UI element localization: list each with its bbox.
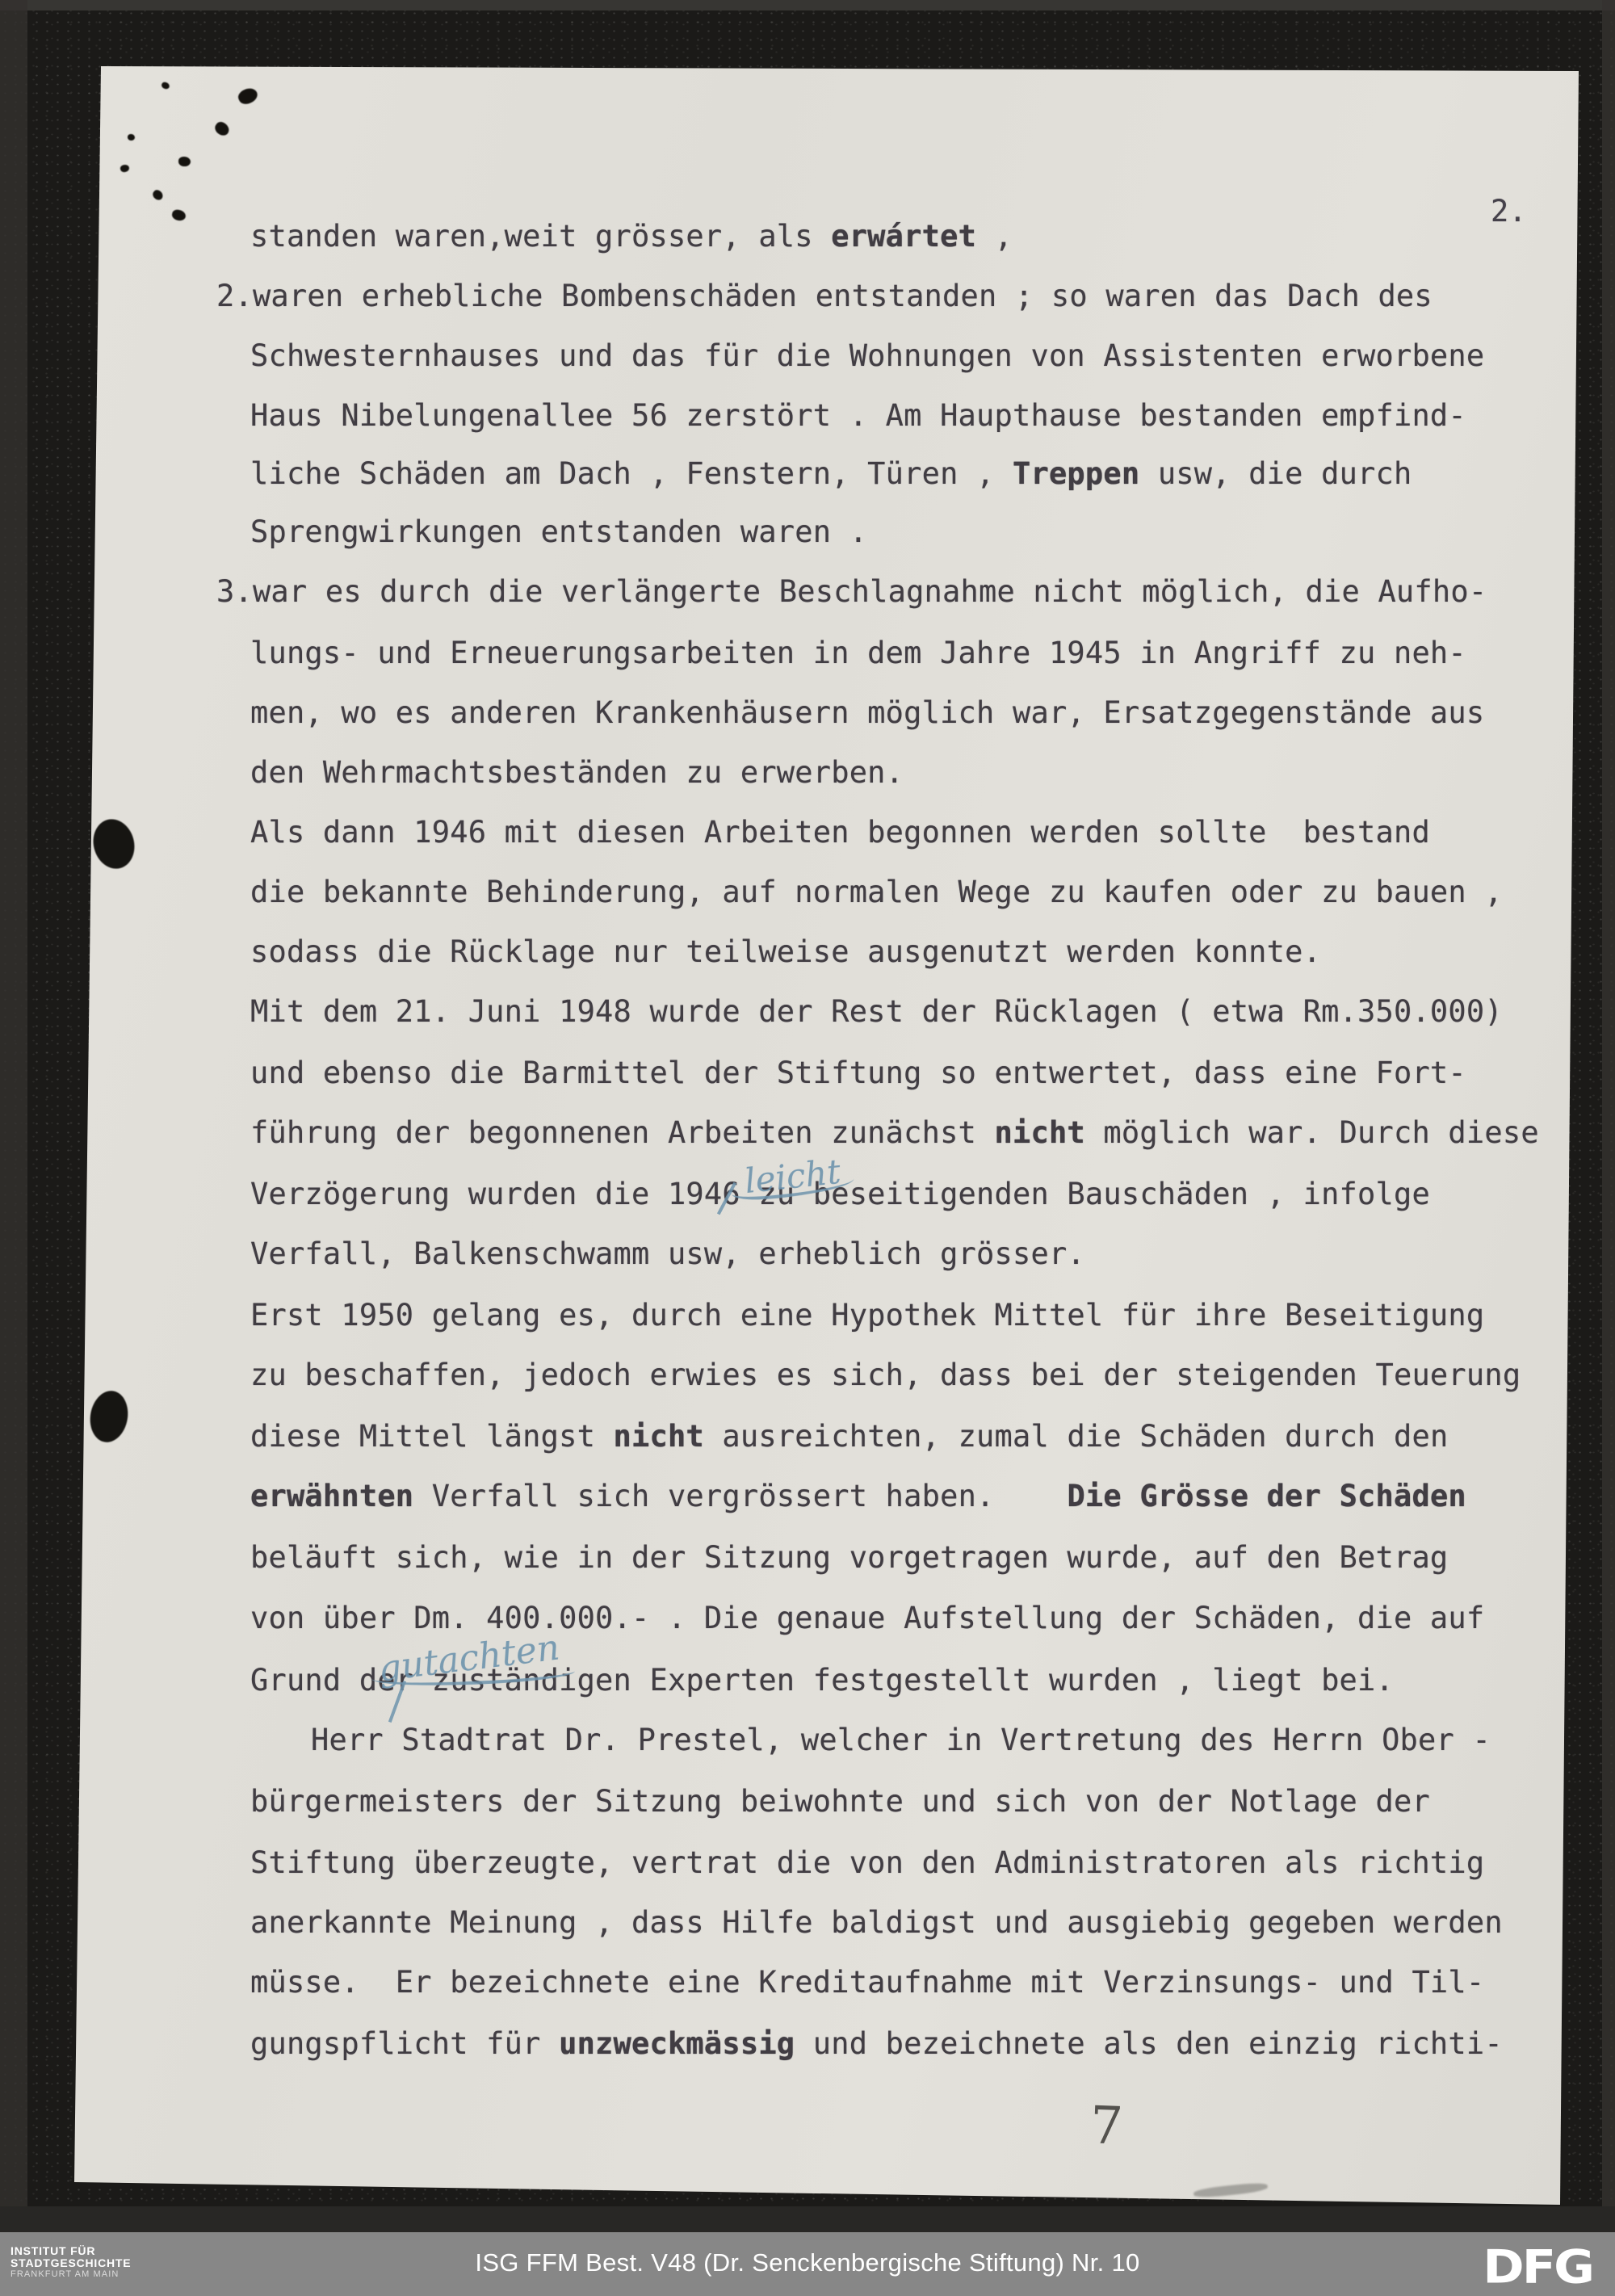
scanned-document-page: 2. standen waren,weit grösser, als erwár… <box>0 0 1615 2296</box>
typed-line: Stiftung überzeugte, vertrat die von den… <box>250 1847 1484 1879</box>
typed-line: diese Mittel längst nicht ausreichten, z… <box>250 1421 1448 1453</box>
typed-line: Schwesternhauses und das für die Wohnung… <box>250 340 1484 372</box>
typed-line: und ebenso die Barmittel der Stiftung so… <box>250 1057 1466 1089</box>
typed-line: sodass die Rücklage nur teilweise ausgen… <box>250 936 1321 968</box>
archive-reference-caption: ISG FFM Best. V48 (Dr. Senckenbergische … <box>0 2248 1615 2277</box>
ink-speck <box>128 134 135 141</box>
typed-line: müsse. Er bezeichnete eine Kreditaufnahm… <box>250 1967 1484 1999</box>
typed-line: 2.waren erhebliche Bombenschäden entstan… <box>216 280 1433 313</box>
typed-line: Sprengwirkungen entstanden waren . <box>250 516 867 548</box>
typed-line: lungs- und Erneuerungsarbeiten in dem Ja… <box>250 637 1466 669</box>
dfg-logo: DFG <box>1483 2239 1592 2294</box>
typed-line: 3.war es durch die verlängerte Beschlagn… <box>216 576 1487 608</box>
typed-line: führung der begonnenen Arbeiten zunächst… <box>250 1117 1539 1149</box>
typed-line: den Wehrmachtsbeständen zu erwerben. <box>250 757 904 789</box>
typed-text-layer: 2. standen waren,weit grösser, als erwár… <box>0 0 1615 2296</box>
typed-line: men, wo es anderen Krankenhäusern möglic… <box>250 697 1484 729</box>
typed-line: von über Dm. 400.000.- . Die genaue Aufs… <box>250 1602 1484 1635</box>
typed-line: Erst 1950 gelang es, durch eine Hypothek… <box>250 1299 1484 1332</box>
typed-line: standen waren,weit grösser, als erwártet… <box>250 220 1013 253</box>
typed-line: erwähnten Verfall sich vergrössert haben… <box>250 1480 1466 1513</box>
typed-line: die bekannte Behinderung, auf normalen W… <box>250 876 1503 909</box>
typed-line: Mit dem 21. Juni 1948 wurde der Rest der… <box>250 996 1503 1028</box>
typed-line: Verfall, Balkenschwamm usw, erheblich gr… <box>250 1238 1085 1270</box>
ink-speck <box>178 157 191 166</box>
typed-line: Herr Stadtrat Dr. Prestel, welcher in Ve… <box>311 1724 1491 1757</box>
typed-line: gungspflicht für unzweckmässig und bezei… <box>250 2028 1503 2060</box>
typed-line: anerkannte Meinung , dass Hilfe baldigst… <box>250 1907 1503 1939</box>
typed-line: zu beschaffen, jedoch erwies es sich, da… <box>250 1359 1521 1391</box>
scan-bottom-band <box>0 2206 1615 2232</box>
handwritten-page-mark: 7 <box>1089 2096 1124 2156</box>
typed-line: Haus Nibelungenallee 56 zerstört . Am Ha… <box>250 400 1466 432</box>
archive-footer-bar: INSTITUT FÜR STADTGESCHICHTE FRANKFURT A… <box>0 2232 1615 2296</box>
typed-line: beläuft sich, wie in der Sitzung vorgetr… <box>250 1542 1448 1574</box>
typed-line: bürgermeisters der Sitzung beiwohnte und… <box>250 1786 1430 1818</box>
typed-line: liche Schäden am Dach , Fenstern, Türen … <box>250 458 1412 490</box>
page-number: 2. <box>1491 194 1527 229</box>
typed-line: Als dann 1946 mit diesen Arbeiten begonn… <box>250 816 1430 849</box>
